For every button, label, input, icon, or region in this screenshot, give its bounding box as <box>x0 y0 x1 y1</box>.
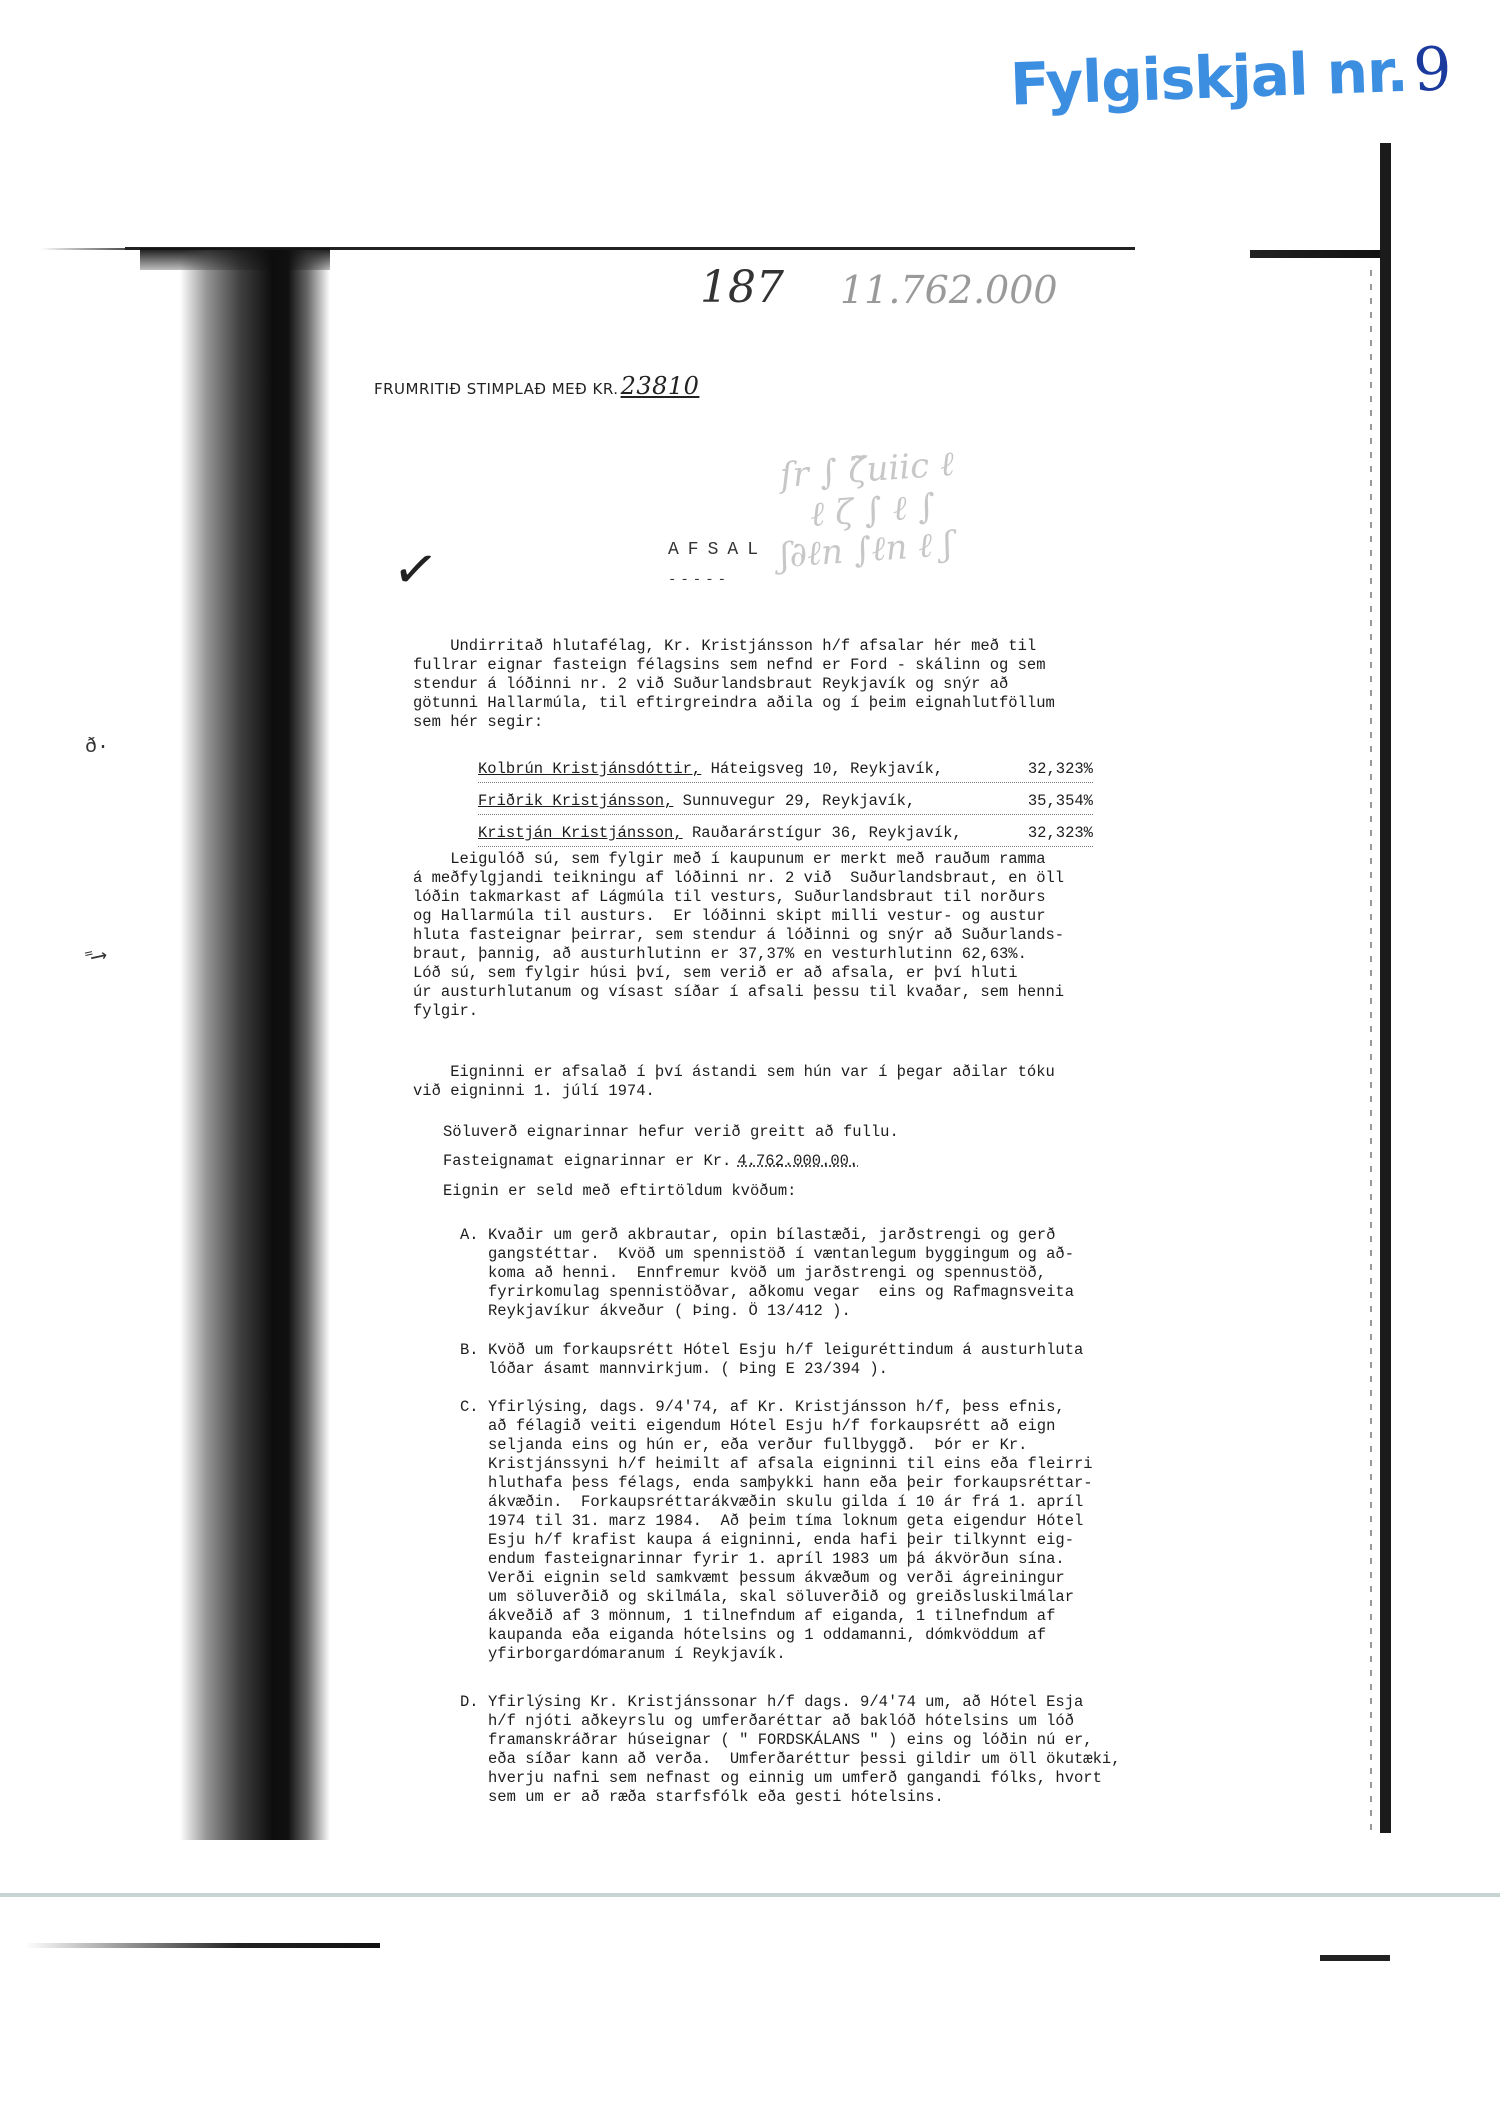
owner-share: 35,354% <box>1028 792 1093 814</box>
check-mark-icon: ✓ <box>389 535 443 604</box>
margin-arrow-mark: ⁼⟶ <box>80 943 104 972</box>
title-underline: ----- <box>668 572 730 588</box>
item-label: A. <box>460 1226 488 1321</box>
encumbrance-item: A. Kvaðir um gerð akbrautar, opin bílast… <box>460 1226 1074 1321</box>
item-text: Kvaðir um gerð akbrautar, opin bílastæði… <box>488 1226 1074 1321</box>
owner-row: Kristján Kristjánsson, Rauðarárstígur 36… <box>478 824 1093 847</box>
scan-frame-right-speckle <box>1370 270 1372 1830</box>
encumbrance-item: B. Kvöð um forkaupsrétt Hótel Esju h/f l… <box>460 1341 1083 1379</box>
intro-paragraph: Undirritað hlutafélag, Kr. Kristjánsson … <box>413 637 1153 732</box>
owner-row: Friðrik Kristjánsson, Sunnuvegur 29, Rey… <box>478 792 1093 815</box>
encumbrance-item: C. Yfirlýsing, dags. 9/4'74, af Kr. Kris… <box>460 1398 1093 1664</box>
owner-name: Kolbrún Kristjánsdóttir, <box>478 760 701 778</box>
item-label: C. <box>460 1398 488 1664</box>
document-title: AFSAL <box>668 540 767 560</box>
owner-address: Háteigsveg 10, Reykjavík, <box>711 760 944 778</box>
owner-share: 32,323% <box>1028 760 1093 782</box>
assessment-label: Fasteignamat eignarinnar er Kr. <box>443 1152 731 1170</box>
owners-list: Kolbrún Kristjánsdóttir, Háteigsveg 10, … <box>478 760 1093 856</box>
owner-address: Sunnuvegur 29, Reykjavík, <box>683 792 916 810</box>
item-text: Kvöð um forkaupsrétt Hótel Esju h/f leig… <box>488 1341 1083 1379</box>
item-text: Yfirlýsing, dags. 9/4'74, af Kr. Kristjá… <box>488 1398 1093 1664</box>
owner-name: Friðrik Kristjánsson, <box>478 792 673 810</box>
condition-paragraph: Eigninni er afsalað í því ástandi sem hú… <box>413 1063 1153 1101</box>
original-stamp-amount: 23810 <box>621 372 700 400</box>
lease-paragraph: Leigulóð sú, sem fylgir með í kaupunum e… <box>413 850 1153 1021</box>
encumbrances-intro: Eignin er seld með eftirtöldum kvöðum: <box>443 1182 796 1200</box>
item-text: Yfirlýsing Kr. Kristjánssonar h/f dags. … <box>488 1693 1121 1807</box>
stamp-label: Fylgiskjal nr. <box>1009 37 1409 119</box>
assessment-line: Fasteignamat eignarinnar er Kr.4.762.000… <box>443 1152 876 1170</box>
scan-frame-bottom-left <box>25 1943 380 1948</box>
owner-address: Rauðarárstígur 36, Reykjavík, <box>692 824 962 842</box>
encumbrance-item: D. Yfirlýsing Kr. Kristjánssonar h/f dag… <box>460 1693 1121 1807</box>
exhibit-stamp: Fylgiskjal nr.9 <box>1009 34 1452 119</box>
binding-shadow <box>180 250 330 1840</box>
owner-row: Kolbrún Kristjánsdóttir, Háteigsveg 10, … <box>478 760 1093 783</box>
original-stamp-label: FRUMRITIÐ STIMPLAÐ MEÐ KR. <box>374 380 619 398</box>
owner-share: 32,323% <box>1028 824 1093 846</box>
scan-line <box>0 1893 1500 1897</box>
bleed-through-handwriting: ſr ∫ ζ̃uiic ℓ ℓ ζ ∫ ℓ ∫ ʃ∂ℓn ∫ℓn ℓ ʃ <box>780 450 954 570</box>
margin-mark: ð· <box>85 736 109 759</box>
handwritten-number-left: 187 <box>700 262 784 313</box>
item-label: D. <box>460 1693 488 1807</box>
assessment-value: 4.762.000.00. <box>737 1152 876 1170</box>
handwritten-number-right: 11.762.000 <box>840 268 1058 312</box>
item-label: B. <box>460 1341 488 1379</box>
scan-frame-right <box>1380 143 1391 1833</box>
scan-frame-corner <box>1250 250 1385 258</box>
scan-frame-edge <box>40 248 130 250</box>
scan-frame-bottom-right <box>1320 1955 1390 1961</box>
owner-name: Kristján Kristjánsson, <box>478 824 683 842</box>
price-paid-line: Söluverð eignarinnar hefur verið greitt … <box>443 1123 899 1141</box>
stamp-number: 9 <box>1412 34 1452 105</box>
original-stamp-line: FRUMRITIÐ STIMPLAÐ MEÐ KR.23810 <box>374 372 699 400</box>
